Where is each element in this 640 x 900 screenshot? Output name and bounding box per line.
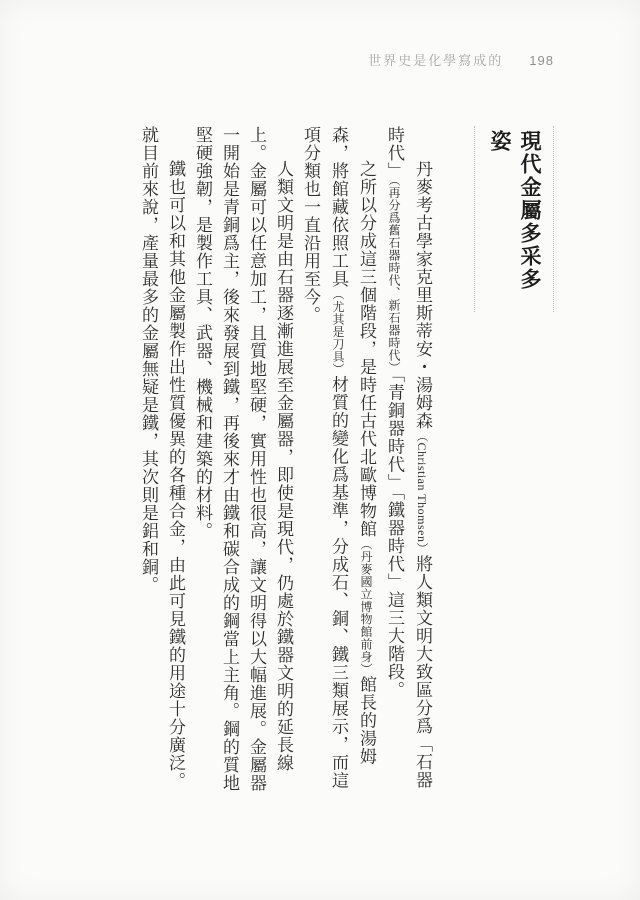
text-segment: 之所以分成這三個階段，是時任古代北歐博物館 — [357, 160, 376, 538]
running-head-book-title: 世界史是化學寫成的 — [368, 50, 503, 69]
paragraph: 人類文明是由石器逐漸進展至金屬器，即使是現代，仍處於鐵器文明的延長線上。金屬可以… — [189, 126, 297, 798]
page-number: 198 — [529, 53, 554, 68]
text-segment: 鐵也可以和其他金屬製作出性質優異的各種合金，由此可見鐵的用途十分廣泛。就目前來說… — [139, 126, 185, 790]
body-paragraphs: 丹麥考古學家克里斯蒂安・湯姆森（Christian Thomsen）將人類文明大… — [135, 126, 436, 798]
paren-text-segment: （丹麥國立博物館前身） — [359, 538, 373, 676]
paragraph: 鐵也可以和其他金屬製作出性質優異的各種合金，由此可見鐵的用途十分廣泛。就目前來說… — [135, 126, 189, 798]
article-content: 現代金屬多采多姿 丹麥考古學家克里斯蒂安・湯姆森（Christian Thoms… — [135, 126, 554, 798]
paren-text-segment: （尤其是刀具） — [331, 288, 345, 376]
book-page: 世界史是化學寫成的 198 現代金屬多采多姿 丹麥考古學家克里斯蒂安・湯姆森（C… — [0, 0, 640, 900]
paragraph: 丹麥考古學家克里斯蒂安・湯姆森（Christian Thomsen）將人類文明大… — [380, 126, 436, 798]
text-segment: 人類文明是由石器逐漸進展至金屬器，即使是現代，仍處於鐵器文明的延長線上。金屬可以… — [193, 126, 293, 792]
section-title: 現代金屬多采多姿 — [474, 126, 554, 312]
paren-text-segment: （再分爲舊石器時代、新石器時代） — [387, 180, 401, 374]
paren-text-segment: （Christian Thomsen） — [415, 430, 429, 555]
paragraph: 之所以分成這三個階段，是時任古代北歐博物館（丹麥國立博物館前身）館長的湯姆森，將… — [297, 126, 380, 798]
text-segment: 「青銅器時代」「鐵器時代」這三大階段。 — [385, 374, 404, 699]
running-head: 世界史是化學寫成的 198 — [368, 50, 554, 69]
text-segment: 丹麥考古學家克里斯蒂安・湯姆森 — [413, 160, 432, 430]
